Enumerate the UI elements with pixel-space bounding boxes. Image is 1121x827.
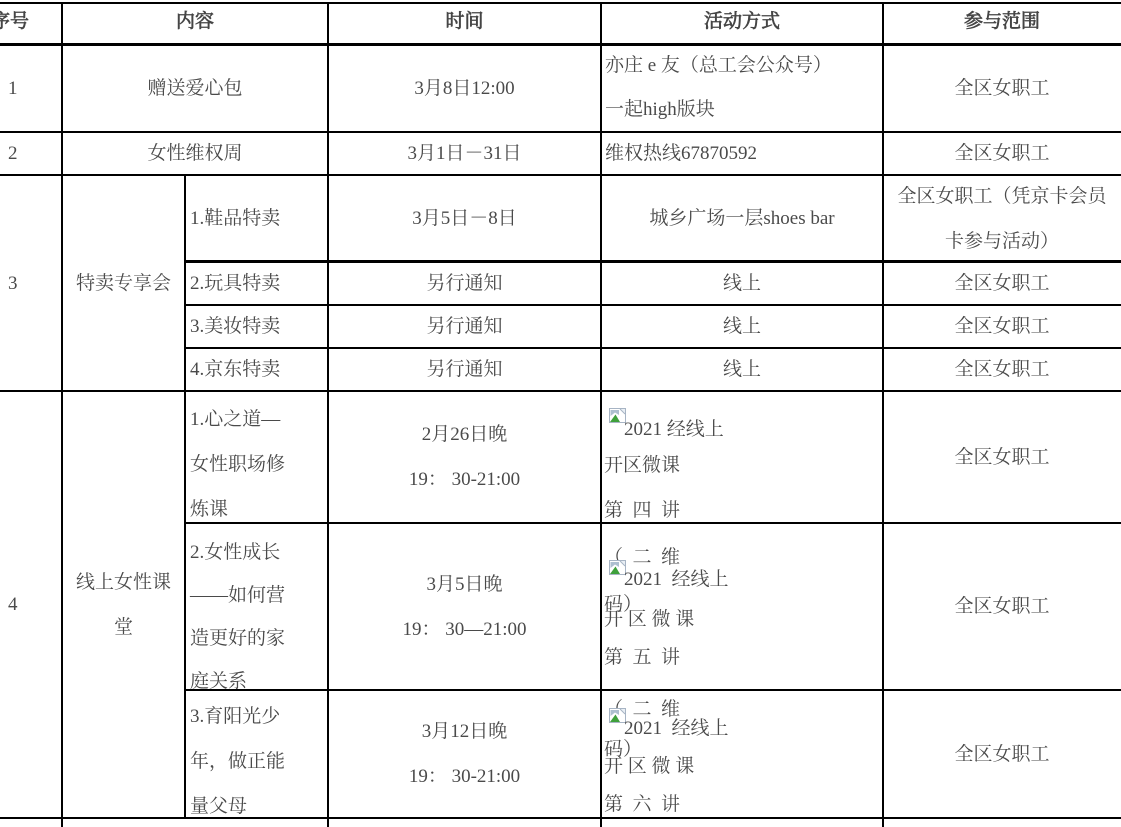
grid-line (0, 131, 1121, 133)
row1-scope: 全区女职工 (954, 66, 1049, 111)
row1-time-cell: 3月8日12:00 (328, 44, 601, 132)
row2-time-cell: 3月1日－31日 (328, 132, 601, 175)
row3-sub1-scope-cell: 全区女职工（凭京卡会员卡参与活动） (883, 175, 1121, 262)
row4-sub1-time: 2月26日晚 19： 30-21:00 (409, 412, 520, 502)
grid-line (0, 174, 1121, 176)
row1-time: 3月8日12:00 (414, 66, 514, 111)
grid-line (185, 347, 1121, 349)
row4-group-label: 线上女性课堂 (72, 560, 175, 650)
row3-sub3-time-cell: 另行通知 (328, 305, 601, 348)
row4-sub1-method-line3: 第 四 讲 (604, 501, 680, 520)
row4-sub1-method-line1: 2021 经线上 (624, 420, 724, 439)
row3-sub1-time: 3月5日－8日 (412, 196, 517, 241)
row3-sub1-item: 1.鞋品特卖 (190, 196, 280, 241)
row3-sub2-time-cell: 另行通知 (328, 262, 601, 305)
row2-scope-cell: 全区女职工 (883, 132, 1121, 175)
row4-sub3-method-cell: （ 二 维 2021 经线上 码） 开 区 微 课 第 六 讲 (601, 690, 883, 818)
row3-sub2-time: 另行通知 (426, 262, 502, 305)
header-cell-content: 内容 (62, 0, 328, 42)
row1-method-cell: 亦庄 e 友（总工会公众号） 一起high版块 (601, 44, 883, 132)
row1-num-cell: 1 (0, 44, 62, 132)
row4-sub1-item: 1.心之道—女性职场修炼课 (190, 397, 296, 523)
row2-num-cell: 2 (0, 132, 62, 175)
header-num-label: 序号 (0, 0, 29, 42)
row4-sub1-scope-cell: 全区女职工 (883, 391, 1121, 523)
row3-sub2-method: 线上 (723, 262, 761, 305)
row4-sub3-scope-cell: 全区女职工 (883, 690, 1121, 818)
row4-sub2-method-cell: （ 二 维 2021 经线上 码） 开 区 微 课 第 五 讲 (601, 523, 883, 690)
row3-sub4-item: 4.京东特卖 (190, 348, 280, 391)
row3-sub3-time: 另行通知 (426, 305, 502, 348)
row1-method: 亦庄 e 友（总工会公众号） 一起high版块 (605, 44, 832, 132)
row4-sub1-method-line2: 开区微课 (604, 456, 680, 475)
row3-sub2-scope-cell: 全区女职工 (883, 262, 1121, 305)
row3-sub1-method-cell: 城乡广场一层shoes bar (601, 175, 883, 262)
row1-content: 赠送爱心包 (147, 66, 242, 111)
row4-sub2-method-line3: 第 五 讲 (604, 648, 680, 667)
header-scope-label: 参与范围 (964, 0, 1040, 42)
row4-sub3-time: 3月12日晚 19： 30-21:00 (409, 709, 520, 799)
row4-sub3-method-line3: 第 六 讲 (604, 795, 680, 814)
row3-sub2-method-cell: 线上 (601, 262, 883, 305)
row3-sub3-item: 3.美妆特卖 (190, 305, 280, 348)
grid-line (882, 2, 884, 827)
row1-content-cell: 赠送爱心包 (62, 44, 328, 132)
row3-num-cell: 3 (0, 175, 62, 391)
row4-sub1-time-cell: 2月26日晚 19： 30-21:00 (328, 391, 601, 523)
header-time-label: 时间 (445, 0, 483, 42)
grid-line (327, 2, 329, 827)
row4-sub1-item-cell: 1.心之道—女性职场修炼课 (185, 391, 328, 523)
grid-line (184, 174, 186, 818)
grid-line (600, 2, 602, 827)
row3-sub1-method: 城乡广场一层shoes bar (649, 196, 834, 241)
row2-method: 维权热线67870592 (605, 132, 757, 175)
row4-sub3-method-line1: 2021 经线上 (624, 719, 729, 738)
header-cell-num: 序号 (0, 0, 62, 42)
row4-sub1-scope: 全区女职工 (954, 435, 1049, 480)
row3-sub3-method-cell: 线上 (601, 305, 883, 348)
row3-sub4-time-cell: 另行通知 (328, 348, 601, 391)
grid-line (0, 390, 1121, 392)
row3-sub4-item-cell: 4.京东特卖 (185, 348, 328, 391)
row2-scope: 全区女职工 (954, 132, 1049, 175)
row3-sub1-time-cell: 3月5日－8日 (328, 175, 601, 262)
row4-sub2-time-cell: 3月5日晚 19： 30—21:00 (328, 523, 601, 690)
activity-schedule-table: 序号 内容 时间 活动方式 参与范围 1 赠送爱心包 3月8日12:00 亦庄 … (0, 0, 1121, 827)
row4-sub2-item-cell: 2.女性成长——如何营造更好的家庭关系 (185, 523, 328, 690)
grid-line (0, 817, 1121, 819)
row3-sub3-item-cell: 3.美妆特卖 (185, 305, 328, 348)
row3-num: 3 (8, 261, 18, 306)
row4-sub2-item: 2.女性成长——如何营造更好的家庭关系 (190, 531, 296, 690)
grid-line (0, 2, 1121, 4)
header-cell-method: 活动方式 (601, 0, 883, 42)
grid-line (185, 522, 1121, 524)
row2-content-cell: 女性维权周 (62, 132, 328, 175)
grid-line (0, 43, 1121, 46)
row3-sub3-scope: 全区女职工 (954, 305, 1049, 348)
header-cell-scope: 参与范围 (883, 0, 1121, 42)
row3-sub2-scope: 全区女职工 (954, 262, 1049, 305)
row4-sub3-scope: 全区女职工 (954, 732, 1049, 777)
row1-scope-cell: 全区女职工 (883, 44, 1121, 132)
row4-sub1-method-cell: 2021 经线上 开区微课 第 四 讲 (601, 391, 883, 523)
row3-sub1-scope: 全区女职工（凭京卡会员卡参与活动） (897, 175, 1107, 262)
row4-sub3-item-cell: 3.育阳光少年，做正能量父母 (185, 690, 328, 818)
grid-line (185, 260, 1121, 263)
row4-group-cell: 线上女性课堂 (62, 391, 185, 818)
row2-num: 2 (8, 132, 18, 175)
row4-num: 4 (8, 582, 18, 627)
row3-sub3-method: 线上 (723, 305, 761, 348)
grid-line (61, 2, 63, 827)
row3-sub4-scope: 全区女职工 (954, 348, 1049, 391)
row3-sub1-item-cell: 1.鞋品特卖 (185, 175, 328, 262)
row2-content: 女性维权周 (147, 132, 242, 175)
row4-sub2-scope-cell: 全区女职工 (883, 523, 1121, 690)
row2-time: 3月1日－31日 (407, 132, 521, 175)
row3-sub4-method-cell: 线上 (601, 348, 883, 391)
row4-sub3-method-line2: 开 区 微 课 (604, 757, 694, 776)
row3-sub2-item-cell: 2.玩具特卖 (185, 262, 328, 305)
row4-sub2-method-line2: 开 区 微 课 (604, 610, 694, 629)
row3-sub2-item: 2.玩具特卖 (190, 262, 280, 305)
row4-sub2-time: 3月5日晚 19： 30—21:00 (402, 562, 526, 652)
row4-num-cell: 4 (0, 391, 62, 818)
row3-group-label: 特卖专享会 (76, 261, 171, 306)
grid-line (185, 689, 1121, 691)
header-content-label: 内容 (176, 0, 214, 42)
row4-sub2-scope: 全区女职工 (954, 584, 1049, 629)
row4-sub3-item: 3.育阳光少年，做正能量父母 (190, 694, 296, 818)
header-cell-time: 时间 (328, 0, 601, 42)
row4-sub2-method-line1: 2021 经线上 (624, 570, 729, 589)
grid-line (185, 304, 1121, 306)
header-method-label: 活动方式 (704, 0, 780, 42)
row2-method-cell: 维权热线67870592 (601, 132, 883, 175)
row3-sub4-method: 线上 (723, 348, 761, 391)
row3-sub4-time: 另行通知 (426, 348, 502, 391)
row4-sub3-time-cell: 3月12日晚 19： 30-21:00 (328, 690, 601, 818)
row3-group-cell: 特卖专享会 (62, 175, 185, 391)
row3-sub4-scope-cell: 全区女职工 (883, 348, 1121, 391)
row1-num: 1 (8, 66, 18, 111)
row3-sub3-scope-cell: 全区女职工 (883, 305, 1121, 348)
